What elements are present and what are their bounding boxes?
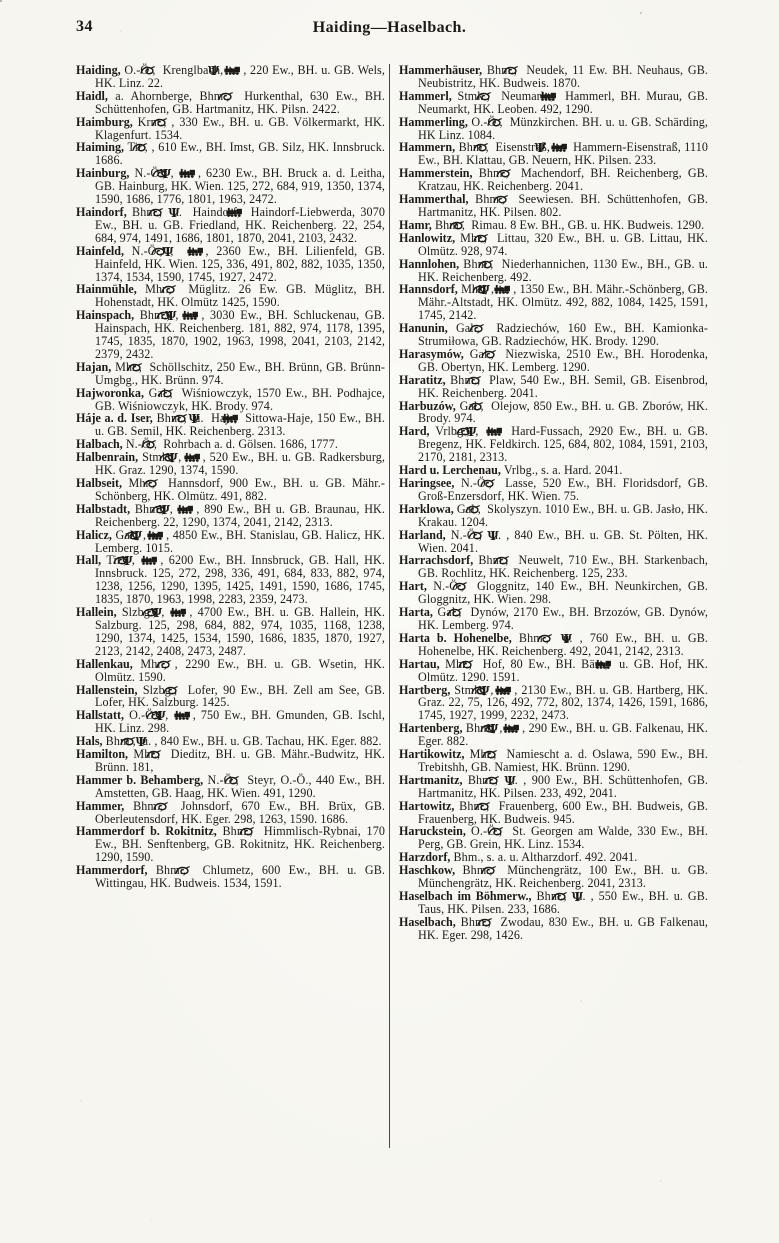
entry-place-name: Hanunin, [399,321,448,335]
entry-place-name: Harasymów, [399,347,464,361]
entry-place-name: Hallenstein, [76,683,137,697]
column-divider-rule [389,64,390,1148]
entry-place-name: Hainburg, [76,166,129,180]
entry-place-name: Halbstadt, [76,502,130,516]
directory-entry: Hannsdorf, Mhr., , Ψ u. , 1350 Ew., BH. … [399,283,708,322]
directory-entry: Hallstatt, O.-Ö., , Ψ u. , 750 Ew., BH. … [76,709,385,735]
directory-entry: Hartenberg, Bhm., , Ψ u. , 290 Ew., BH. … [399,722,708,748]
directory-entry: Hainburg, N.-Ö., , Ψ u. , 6230 Ew., BH. … [76,167,385,206]
directory-entry: Hartau, Mhr., Hof, 80 Ew., BH. Bärn, u. … [399,658,708,684]
directory-entry: Haruckstein, O.-Ö., St. Georgen am Walde… [399,825,708,851]
directory-entry: Haschkow, Bhm., Münchengrätz, 100 Ew., B… [399,864,708,890]
directory-entry: Hammerdorf b. Rokitnitz, Bhm., Himmlisch… [76,825,385,864]
entry-place-name: Haselbach, [399,915,456,929]
entry-place-name: Hammerdorf, [76,863,148,877]
directory-entry: Haidl, a. Ahornberge, Bhm., Hurkenthal, … [76,90,385,116]
entry-place-name: Hartowitz, [399,799,454,813]
directory-column-left: Haiding, O.-Ö., Krenglbach, Ψ u. , 220 E… [76,64,385,890]
entry-place-name: Hainmühle, [76,282,137,296]
entry-place-name: Haiming, [76,140,124,154]
directory-entry: Hannlohen, Bhm., Niederhannichen, 1130 E… [399,258,708,284]
entry-place-name: Hamilton, [76,747,128,761]
entry-place-name: Halicz, [76,528,112,542]
directory-entry: Halicz, Gal., , Ψ u. , 4850 Ew., BH. Sta… [76,529,385,555]
directory-entry: Hard, Vrlbg., , Ψ u. Hard-Fussach, 2920 … [399,425,708,464]
directory-entry: Hammerstein, Bhm., Machendorf, BH. Reich… [399,167,708,193]
directory-entry: Halbseit, Mhr., Hannsdorf, 900 Ew., BH. … [76,477,385,503]
directory-entry: Hainfeld, N.-Ö., , Ψ u. , 2360 Ew., BH. … [76,245,385,284]
entry-place-name: Hammerstein, [399,166,473,180]
entry-place-name: Harrachsdorf, [399,553,473,567]
directory-entry: Haindorf, Bhm., u. Ψ Haindorf, Haindorf-… [76,206,385,245]
entry-place-name: Hallenkau, [76,657,133,671]
entry-place-name: Haratitz, [399,373,446,387]
page-header: 34 Haiding—Haselbach. [0,18,779,48]
directory-entry: Hallenstein, Slzbg., Lofer, 90 Ew., BH. … [76,684,385,710]
directory-entry: Halbenrain, Stmk., , Ψ u. , 520 Ew., BH.… [76,451,385,477]
entry-place-name: Harta b. Hohenelbe, [399,631,512,645]
entry-place-name: Hammerdorf b. Rokitnitz, [76,824,217,838]
entry-place-name: Hard u. Lerchenau, [399,463,501,477]
directory-entry: Haringsee, N.-Ö., Lasse, 520 Ew., BH. Fl… [399,477,708,503]
entry-place-name: Harzdorf, [399,850,450,864]
directory-entry: Hammer, Bhm., Johnsdorf, 670 Ew., BH. Br… [76,800,385,826]
entry-place-name: Hallstatt, [76,708,124,722]
directory-entry: Haselbach, Bhm., Zwodau, 830 Ew., BH. u.… [399,916,708,942]
entry-place-name: Hamr, [399,218,432,232]
page-title: Haiding—Haselbach. [0,19,779,37]
directory-entry: Hammerhäuser, Bhm., Neudek, 11 Ew. BH. N… [399,64,708,90]
directory-entry: Harklowa, Gal., Skolyszyn. 1010 Ew., BH.… [399,503,708,529]
entry-place-name: Hainspach, [76,308,134,322]
directory-entry: Hammern, Bhm., Eisenstraß, Ψ u. Hammern-… [399,141,708,167]
entry-place-name: Hall, [76,553,101,567]
directory-entry: Hartowitz, Bhm., Frauenberg, 600 Ew., BH… [399,800,708,826]
entry-place-name: Hajan, [76,360,111,374]
directory-entry: Haratitz, Bhm., Plaw, 540 Ew., BH. Semil… [399,374,708,400]
entry-place-name: Halbseit, [76,476,122,490]
entry-place-name: Hartberg, [399,683,450,697]
entry-place-name: Hammern, [399,140,455,154]
scan-noise [0,0,2,2]
entry-place-name: Hals, [76,734,103,748]
entry-place-name: Hammerl, [399,89,452,103]
directory-entry: Hallein, Slzbg., , Ψ u. , 4700 Ew., BH. … [76,606,385,658]
entry-place-name: Hartmanitz, [399,773,462,787]
directory-entry: Halbstadt, Bhm., , Ψ u. , 890 Ew., BH u.… [76,503,385,529]
entry-place-name: Haidl, [76,89,108,103]
directory-entry: Hammerling, O.-Ö., Münzkirchen. BH. u. u… [399,116,708,142]
entry-place-name: Hainfeld, [76,244,124,258]
entry-place-name: Haruckstein, [399,824,466,838]
entry-place-name: Hannsdorf, [399,282,458,296]
directory-entry: Harland, N.-Ö., u. Ψ, 840 Ew., BH. u. GB… [399,529,708,555]
entry-place-name: Hammer, [76,799,124,813]
directory-entry: Harbuzów, Gal., Olejow, 850 Ew., BH. u. … [399,400,708,426]
directory-entry: Hajan, Mhr., Schöllschitz, 250 Ew., BH. … [76,361,385,387]
entry-place-name: Haindorf, [76,205,127,219]
directory-entry: Háje a. d. Iser, Bhm., u. Ψ Haje, Sittow… [76,412,385,438]
directory-entry: Hajworonka, Gal., Wiśniowczyk, 1570 Ew.,… [76,387,385,413]
directory-entry: Hammerdorf, Bhm., Chlumetz, 600 Ew., BH.… [76,864,385,890]
entry-place-name: Hammer b. Behamberg, [76,773,203,787]
directory-entry: Hall, Tir., , Ψ u. , 6200 Ew., BH. Innsb… [76,554,385,606]
entry-place-name: Halbach, [76,437,123,451]
scanned-book-page: 34 Haiding—Haselbach. Haiding, O.-Ö., Kr… [0,0,779,1243]
directory-entry: Hainspach, Bhm., , Ψ u , 3030 Ew., BH. S… [76,309,385,361]
directory-entry: Hartikowitz, Mhr., Namiescht a. d. Oslaw… [399,748,708,774]
directory-entry: Haiming, Tir., , 610 Ew., BH. Imst, GB. … [76,141,385,167]
entry-place-name: Hanlowitz, [399,231,455,245]
entry-place-name: Hart, [399,579,427,593]
entry-place-name: Hajworonka, [76,386,144,400]
directory-entry: Hanlowitz, Mhr., Littau, 320 Ew., BH. u.… [399,232,708,258]
entry-place-name: Halbenrain, [76,450,138,464]
entry-place-name: Hartau, [399,657,440,671]
entry-place-name: Haringsee, [399,476,454,490]
directory-entry: Hammerthal, Bhm., Seewiesen. BH. Schütte… [399,193,708,219]
entry-place-name: Hard, [399,424,430,438]
directory-entry: Hainmühle, Mhr., Müglitz. 26 Ew. GB. Müg… [76,283,385,309]
directory-column-right: Hammerhäuser, Bhm., Neudek, 11 Ew. BH. N… [399,64,708,942]
directory-entry: Hart, N.-Ö., Gloggnitz, 140 Ew., BH. Neu… [399,580,708,606]
entry-place-name: Hallein, [76,605,117,619]
entry-place-name: Hartikowitz, [399,747,465,761]
directory-entry: Hammer b. Behamberg, N.-Ö., Steyr, O.-Ö.… [76,774,385,800]
directory-entry: Hallenkau, Mhr., , 2290 Ew., BH. u. GB. … [76,658,385,684]
entry-place-name: Harta, [399,605,433,619]
directory-entry: Harta, Gal., Dynów, 2170 Ew., BH. Brzozó… [399,606,708,632]
directory-entry: Hanunin, Gal., Radziechów, 160 Ew., BH. … [399,322,708,348]
directory-entry: Harta b. Hohenelbe, Bhm., u. Ψ, 760 Ew.,… [399,632,708,658]
entry-place-name: Hannlohen, [399,257,459,271]
directory-entry: Harrachsdorf, Bhm., Neuwelt, 710 Ew., BH… [399,554,708,580]
entry-place-name: Harland, [399,528,446,542]
entry-place-name: Haselbach im Böhmerw., [399,889,532,903]
directory-body: Haiding, O.-Ö., Krenglbach, Ψ u. , 220 E… [76,64,719,1213]
entry-place-name: Haiding, [76,63,121,77]
directory-entry: Hamilton, Mhr., Dieditz, BH. u. GB. Mähr… [76,748,385,774]
directory-entry: Hammerl, Stmk., Neumarkt, Hammerl, BH. M… [399,90,708,116]
directory-entry: Harasymów, Gal., Niezwiska, 2510 Ew., BH… [399,348,708,374]
directory-entry: Haiding, O.-Ö., Krenglbach, Ψ u. , 220 E… [76,64,385,90]
entry-place-name: Hammerling, [399,115,468,129]
entry-place-name: Haschkow, [399,863,455,877]
directory-entry: Hartmanitz, Bhm., u. Ψ, 900 Ew., BH. Sch… [399,774,708,800]
entry-place-name: Hartenberg, [399,721,462,735]
directory-entry: Hartberg, Stmk., , Ψ u. , 2130 Ew., BH. … [399,684,708,723]
entry-place-name: Háje a. d. Iser, [76,411,153,425]
directory-entry: Haselbach im Böhmerw., Bhm., u. Ψ, 550 E… [399,890,708,916]
entry-place-name: Harbuzów, [399,399,456,413]
entry-place-name: Haimburg, [76,115,133,129]
directory-entry: Haimburg, Krnt., , 330 Ew., BH. u. GB. V… [76,116,385,142]
entry-place-name: Hammerhäuser, [399,63,482,77]
entry-place-name: Harklowa, [399,502,454,516]
entry-place-name: Hammerthal, [399,192,469,206]
